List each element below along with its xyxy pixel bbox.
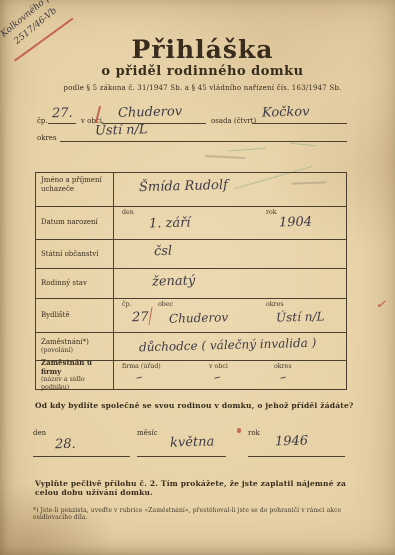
date-year-value: 1946 (275, 434, 308, 450)
citizenship-label: Státní občanství (36, 240, 114, 269)
red-check-mark: ✓ (375, 296, 389, 314)
citizenship-value: čsl (154, 243, 173, 258)
pencil-smudge (205, 155, 245, 159)
row-marital-status: Rodinný stav ženatý (36, 268, 346, 298)
birth-year-value: 1904 (279, 214, 312, 230)
employer-obec-value: – (213, 369, 222, 385)
residence-obec-label: obec (158, 301, 173, 308)
row-birth-date: Datum narození den 1. září rok 1904 (36, 206, 346, 239)
date-day-label: den (33, 429, 46, 437)
date-month-label: měsíc (137, 429, 158, 437)
birth-day-label: den (122, 209, 134, 216)
occupation-label-main: Zaměstnání*) (41, 338, 108, 347)
question-text: Od kdy bydlíte společně se svou rodinou … (35, 401, 355, 410)
date-year-label: rok (248, 429, 260, 437)
marital-value: ženatý (152, 274, 196, 290)
okres-rule (60, 141, 347, 142)
footnote-text: *) Jste-li penzista, uveďte v rubrice »Z… (33, 507, 368, 521)
residence-obec-value: Chuderov (169, 311, 229, 327)
form-subtitle: o přiděl rodinného domku (5, 64, 395, 79)
name-label: Jméno a příjmení uchazeče (36, 173, 114, 206)
birth-year-label: rok (266, 209, 277, 216)
birth-label: Datum narození (36, 207, 114, 239)
osada-rule (252, 123, 347, 124)
residence-okres-value: Ústí n/L (276, 310, 325, 325)
date-year-rule (248, 456, 345, 457)
employer-label-sub: (název a sídlo podniku) (41, 376, 108, 392)
cp-value: 27. (52, 106, 73, 122)
residence-cp-label: čp. (122, 301, 132, 308)
green-scribble (290, 143, 316, 147)
residence-okres-label: okres (266, 301, 284, 308)
residence-cp-value: 27 (132, 310, 149, 325)
employer-okres-value: – (279, 369, 288, 385)
date-day-rule (33, 456, 130, 457)
birth-day-value: 1. září (149, 215, 191, 231)
applicant-table: Jméno a příjmení uchazeče Šmída Rudolf D… (35, 172, 347, 390)
red-dot-mark (237, 428, 241, 433)
residence-label: Bydliště (36, 299, 114, 332)
instruction-text: Vyplňte pečlivě přílohu č. 2. Tím prokáž… (35, 479, 360, 497)
occupation-value: důchodce ( válečný invalida ) (139, 336, 317, 355)
osada-label: osada (čtvrt) (211, 117, 256, 125)
date-day-value: 28. (55, 437, 76, 453)
scanned-application-form: Kolkovného prosto 2517/46-Vb Přihláška o… (0, 0, 395, 555)
occupation-label: Zaměstnání*) (povolání) (36, 333, 114, 360)
employer-firma-value: – (135, 369, 144, 385)
row-name: Jméno a příjmení uchazeče Šmída Rudolf (36, 173, 346, 206)
marital-label: Rodinný stav (36, 269, 114, 298)
date-month-rule (137, 456, 226, 457)
green-scribble (228, 148, 266, 152)
cp-rule (48, 123, 76, 124)
occupation-label-sub: (povolání) (41, 347, 108, 355)
row-citizenship: Státní občanství čsl (36, 239, 346, 269)
form-title: Přihláška (5, 35, 395, 64)
legal-reference: podle § 5 zákona č. 31/1947 Sb. a § 45 v… (5, 84, 395, 92)
okres-value: Ústí n/L (95, 122, 148, 138)
obec-value: Chuderov (118, 104, 182, 121)
employer-label: Zaměstnán u firmy (název a sídlo podniku… (36, 361, 114, 389)
employer-label-main: Zaměstnán u firmy (41, 358, 108, 376)
red-tick-mark (148, 307, 152, 325)
cp-label: čp. (37, 117, 48, 125)
date-month-value: května (170, 434, 215, 450)
row-employer: Zaměstnán u firmy (název a sídlo podniku… (36, 360, 346, 389)
okres-label: okres (37, 134, 57, 142)
osada-value: Kočkov (262, 104, 310, 120)
name-value: Šmída Rudolf (139, 178, 228, 195)
row-occupation: Zaměstnání*) (povolání) důchodce ( váleč… (36, 332, 346, 360)
row-residence: Bydliště čp. 27 obec Chuderov okres Ústí… (36, 298, 346, 332)
